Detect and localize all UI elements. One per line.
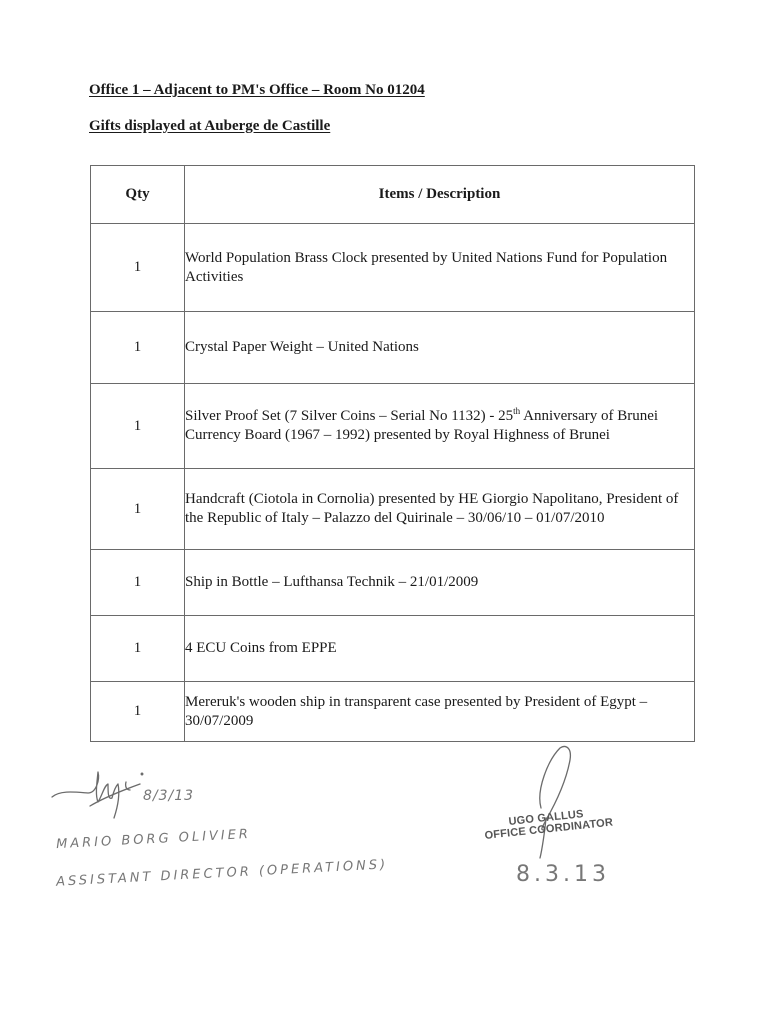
table-row: 1 Ship in Bottle – Lufthansa Technik – 2… bbox=[91, 550, 695, 616]
signature-left-name: MARIO BORG OLIVIER bbox=[56, 827, 252, 852]
table-row: 1 Handcraft (Ciotola in Cornolia) presen… bbox=[91, 469, 695, 550]
description-cell: Crystal Paper Weight – United Nations bbox=[185, 312, 695, 384]
qty-cell: 1 bbox=[91, 312, 185, 384]
signature-left-title: ASSISTANT DIRECTOR (OPERATIONS) bbox=[56, 857, 389, 889]
document-heading-gifts: Gifts displayed at Auberge de Castille bbox=[89, 118, 330, 135]
signature-left-date: 8/3/13 bbox=[143, 788, 194, 804]
table-row: 1 Mereruk's wooden ship in transparent c… bbox=[91, 682, 695, 742]
column-header-description: Items / Description bbox=[185, 166, 695, 224]
table-row: 1 Crystal Paper Weight – United Nations bbox=[91, 312, 695, 384]
description-cell: 4 ECU Coins from EPPE bbox=[185, 616, 695, 682]
gifts-table: Qty Items / Description 1 World Populati… bbox=[90, 165, 695, 742]
qty-cell: 1 bbox=[91, 469, 185, 550]
description-text: Silver Proof Set (7 Silver Coins – Seria… bbox=[185, 408, 513, 424]
description-cell: Handcraft (Ciotola in Cornolia) presente… bbox=[185, 469, 695, 550]
qty-cell: 1 bbox=[91, 682, 185, 742]
table-row: 1 4 ECU Coins from EPPE bbox=[91, 616, 695, 682]
table-header-row: Qty Items / Description bbox=[91, 166, 695, 224]
description-cell: World Population Brass Clock presented b… bbox=[185, 224, 695, 312]
table-row: 1 Silver Proof Set (7 Silver Coins – Ser… bbox=[91, 384, 695, 469]
document-heading-office: Office 1 – Adjacent to PM's Office – Roo… bbox=[89, 82, 425, 99]
description-cell: Mereruk's wooden ship in transparent cas… bbox=[185, 682, 695, 742]
column-header-qty: Qty bbox=[91, 166, 185, 224]
signature-right-date: 8.3.13 bbox=[516, 862, 610, 887]
table-row: 1 World Population Brass Clock presented… bbox=[91, 224, 695, 312]
qty-cell: 1 bbox=[91, 384, 185, 469]
description-cell: Ship in Bottle – Lufthansa Technik – 21/… bbox=[185, 550, 695, 616]
description-cell: Silver Proof Set (7 Silver Coins – Seria… bbox=[185, 384, 695, 469]
qty-cell: 1 bbox=[91, 616, 185, 682]
qty-cell: 1 bbox=[91, 224, 185, 312]
qty-cell: 1 bbox=[91, 550, 185, 616]
